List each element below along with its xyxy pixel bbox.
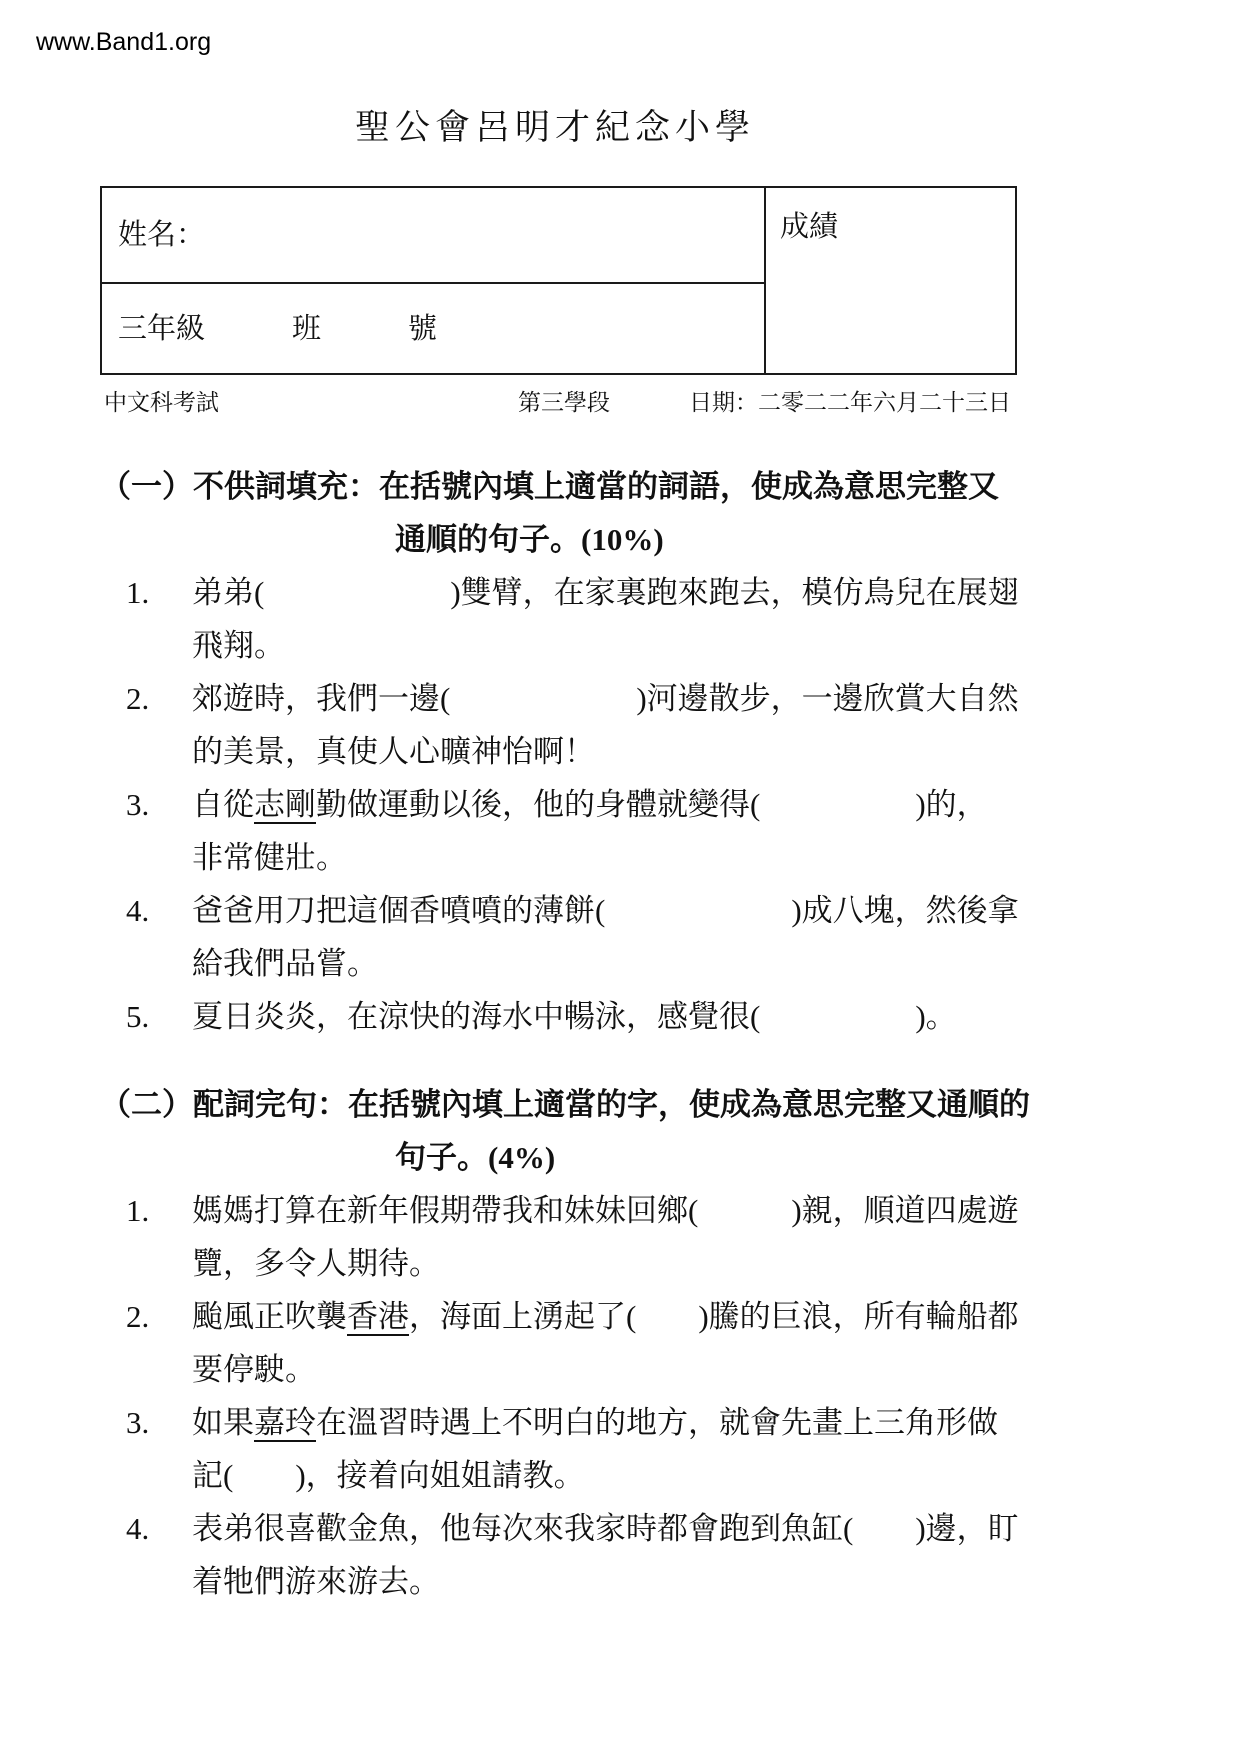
section-title-continued: 句子。(4%) [100, 1131, 1160, 1184]
text-segment: 覽，多令人期待。 [192, 1246, 440, 1281]
text-segment: 郊遊時，我們一邊( )河邊散步，一邊欣賞大自然 [192, 681, 1019, 716]
score-label: 成績 [766, 188, 1015, 245]
question-number: 4. [100, 1502, 192, 1608]
question-line: 颱風正吹襲香港，海面上湧起了( )騰的巨浪，所有輪船都 [192, 1290, 1160, 1343]
text-segment: 弟弟( )雙臂，在家裏跑來跑去，模仿鳥兒在展翅 [192, 575, 1019, 610]
student-info-table: 姓名： 成績 三年級 班 號 [100, 186, 1017, 375]
question-line: 給我們品嘗。 [192, 937, 1160, 990]
text-segment: 勤做運動以後，他的身體就變得( )的， [316, 787, 988, 822]
question-row: 2.颱風正吹襲香港，海面上湧起了( )騰的巨浪，所有輪船都要停駛。 [100, 1290, 1160, 1396]
section-2: （二）配詞完句：在括號內填上適當的字，使成為意思完整又通順的句子。(4%)1.媽… [100, 1078, 1160, 1608]
question-number: 2. [100, 1290, 192, 1396]
question-row: 3.如果嘉玲在溫習時遇上不明白的地方，就會先畫上三角形做記( )，接着向姐姐請教… [100, 1396, 1160, 1502]
exam-date: 日期：二零二二年六月二十三日 [689, 384, 1011, 417]
question-row: 3.自從志剛勤做運動以後，他的身體就變得( )的，非常健壯。 [100, 778, 1160, 884]
school-name-title: 聖公會呂明才紀念小學 [100, 100, 1010, 150]
question-line: 覽，多令人期待。 [192, 1237, 1160, 1290]
section-title-continued: 通順的句子。(10%) [100, 513, 1160, 566]
question-line: 自從志剛勤做運動以後，他的身體就變得( )的， [192, 778, 1160, 831]
question-text: 媽媽打算在新年假期帶我和妹妹回鄉( )親，順道四處遊覽，多令人期待。 [192, 1184, 1160, 1290]
question-line: 要停駛。 [192, 1343, 1160, 1396]
text-segment: 爸爸用刀把這個香噴噴的薄餅( )成八塊，然後拿 [192, 893, 1019, 928]
question-number: 5. [100, 990, 192, 1043]
question-row: 1.媽媽打算在新年假期帶我和妹妹回鄉( )親，順道四處遊覽，多令人期待。 [100, 1184, 1160, 1290]
section-1: （一）不供詞填充：在括號內填上適當的詞語，使成為意思完整又通順的句子。(10%)… [100, 460, 1160, 1043]
exam-meta-row: 中文科考試 第三學段 日期：二零二二年六月二十三日 [100, 384, 1011, 416]
question-text: 表弟很喜歡金魚，他每次來我家時都會跑到魚缸( )邊，盯着牠們游來游去。 [192, 1502, 1160, 1608]
text-segment: 媽媽打算在新年假期帶我和妹妹回鄉( )親，順道四處遊 [192, 1193, 1019, 1228]
text-segment: 如果 [192, 1405, 254, 1440]
section-title: 配詞完句：在括號內填上適當的字，使成為意思完整又通順的 [193, 1078, 1160, 1131]
section-heading: （二）配詞完句：在括號內填上適當的字，使成為意思完整又通順的句子。(4%) [100, 1078, 1160, 1184]
question-row: 2.郊遊時，我們一邊( )河邊散步，一邊欣賞大自然的美景，真使人心曠神怡啊！ [100, 672, 1160, 778]
section-heading-line: （二）配詞完句：在括號內填上適當的字，使成為意思完整又通順的 [100, 1078, 1160, 1131]
text-segment: 在溫習時遇上不明白的地方，就會先畫上三角形做 [316, 1405, 998, 1440]
question-number: 3. [100, 1396, 192, 1502]
question-line: 如果嘉玲在溫習時遇上不明白的地方，就會先畫上三角形做 [192, 1396, 1160, 1449]
question-line: 記( )，接着向姐姐請教。 [192, 1449, 1160, 1502]
text-segment: 給我們品嘗。 [192, 946, 378, 981]
question-line: 飛翔。 [192, 619, 1160, 672]
watermark-url: www.Band1.org [36, 28, 211, 57]
question-text: 自從志剛勤做運動以後，他的身體就變得( )的，非常健壯。 [192, 778, 1160, 884]
question-text: 爸爸用刀把這個香噴噴的薄餅( )成八塊，然後拿給我們品嘗。 [192, 884, 1160, 990]
exam-term: 第三學段 [518, 384, 610, 417]
section-heading: （一）不供詞填充：在括號內填上適當的詞語，使成為意思完整又通順的句子。(10%) [100, 460, 1160, 566]
question-line: 着牠們游來游去。 [192, 1555, 1160, 1608]
text-segment: 飛翔。 [192, 628, 285, 663]
text-segment: 表弟很喜歡金魚，他每次來我家時都會跑到魚缸( )邊，盯 [192, 1511, 1019, 1546]
section-marker: （一） [100, 460, 193, 513]
question-line: 表弟很喜歡金魚，他每次來我家時都會跑到魚缸( )邊，盯 [192, 1502, 1160, 1555]
section-title: 不供詞填充：在括號內填上適當的詞語，使成為意思完整又 [193, 460, 1160, 513]
text-segment: 着牠們游來游去。 [192, 1564, 440, 1599]
question-line: 郊遊時，我們一邊( )河邊散步，一邊欣賞大自然 [192, 672, 1160, 725]
question-line: 爸爸用刀把這個香噴噴的薄餅( )成八塊，然後拿 [192, 884, 1160, 937]
text-segment: 夏日炎炎，在涼快的海水中暢泳，感覺很( )。 [192, 999, 957, 1034]
question-number: 2. [100, 672, 192, 778]
sections-container: （一）不供詞填充：在括號內填上適當的詞語，使成為意思完整又通順的句子。(10%)… [100, 460, 1160, 1608]
exam-paper-page: www.Band1.org 聖公會呂明才紀念小學 姓名： 成績 三年級 班 號 … [0, 0, 1240, 1754]
text-segment: 要停駛。 [192, 1352, 316, 1387]
text-segment: 自從 [192, 787, 254, 822]
text-segment: ，海面上湧起了( )騰的巨浪，所有輪船都 [409, 1299, 1019, 1334]
question-text: 弟弟( )雙臂，在家裏跑來跑去，模仿鳥兒在展翅飛翔。 [192, 566, 1160, 672]
underlined-name: 香港 [347, 1299, 409, 1336]
question-text: 夏日炎炎，在涼快的海水中暢泳，感覺很( )。 [192, 990, 1160, 1043]
name-cell: 姓名： [101, 187, 765, 283]
question-line: 非常健壯。 [192, 831, 1160, 884]
question-text: 颱風正吹襲香港，海面上湧起了( )騰的巨浪，所有輪船都要停駛。 [192, 1290, 1160, 1396]
class-cell: 三年級 班 號 [101, 283, 765, 374]
text-segment: 的美景，真使人心曠神怡啊！ [192, 734, 595, 769]
question-number: 3. [100, 778, 192, 884]
question-number: 4. [100, 884, 192, 990]
name-label: 姓名： [102, 188, 764, 253]
question-row: 4.表弟很喜歡金魚，他每次來我家時都會跑到魚缸( )邊，盯着牠們游來游去。 [100, 1502, 1160, 1608]
question-text: 如果嘉玲在溫習時遇上不明白的地方，就會先畫上三角形做記( )，接着向姐姐請教。 [192, 1396, 1160, 1502]
question-line: 媽媽打算在新年假期帶我和妹妹回鄉( )親，順道四處遊 [192, 1184, 1160, 1237]
class-number-label: 三年級 班 號 [102, 284, 764, 347]
question-line: 弟弟( )雙臂，在家裏跑來跑去，模仿鳥兒在展翅 [192, 566, 1160, 619]
info-table-row-name: 姓名： 成績 [101, 187, 1016, 283]
question-number: 1. [100, 566, 192, 672]
exam-subject: 中文科考試 [104, 384, 219, 417]
underlined-name: 志剛 [254, 787, 316, 824]
section-marker: （二） [100, 1078, 193, 1131]
question-row: 5.夏日炎炎，在涼快的海水中暢泳，感覺很( )。 [100, 990, 1160, 1043]
score-cell: 成績 [765, 187, 1016, 374]
text-segment: 非常健壯。 [192, 840, 347, 875]
section-heading-line: （一）不供詞填充：在括號內填上適當的詞語，使成為意思完整又 [100, 460, 1160, 513]
question-row: 4.爸爸用刀把這個香噴噴的薄餅( )成八塊，然後拿給我們品嘗。 [100, 884, 1160, 990]
question-line: 夏日炎炎，在涼快的海水中暢泳，感覺很( )。 [192, 990, 1160, 1043]
underlined-name: 嘉玲 [254, 1405, 316, 1442]
text-segment: 颱風正吹襲 [192, 1299, 347, 1334]
question-text: 郊遊時，我們一邊( )河邊散步，一邊欣賞大自然的美景，真使人心曠神怡啊！ [192, 672, 1160, 778]
text-segment: 記( )，接着向姐姐請教。 [192, 1458, 585, 1493]
question-line: 的美景，真使人心曠神怡啊！ [192, 725, 1160, 778]
question-row: 1.弟弟( )雙臂，在家裏跑來跑去，模仿鳥兒在展翅飛翔。 [100, 566, 1160, 672]
question-number: 1. [100, 1184, 192, 1290]
